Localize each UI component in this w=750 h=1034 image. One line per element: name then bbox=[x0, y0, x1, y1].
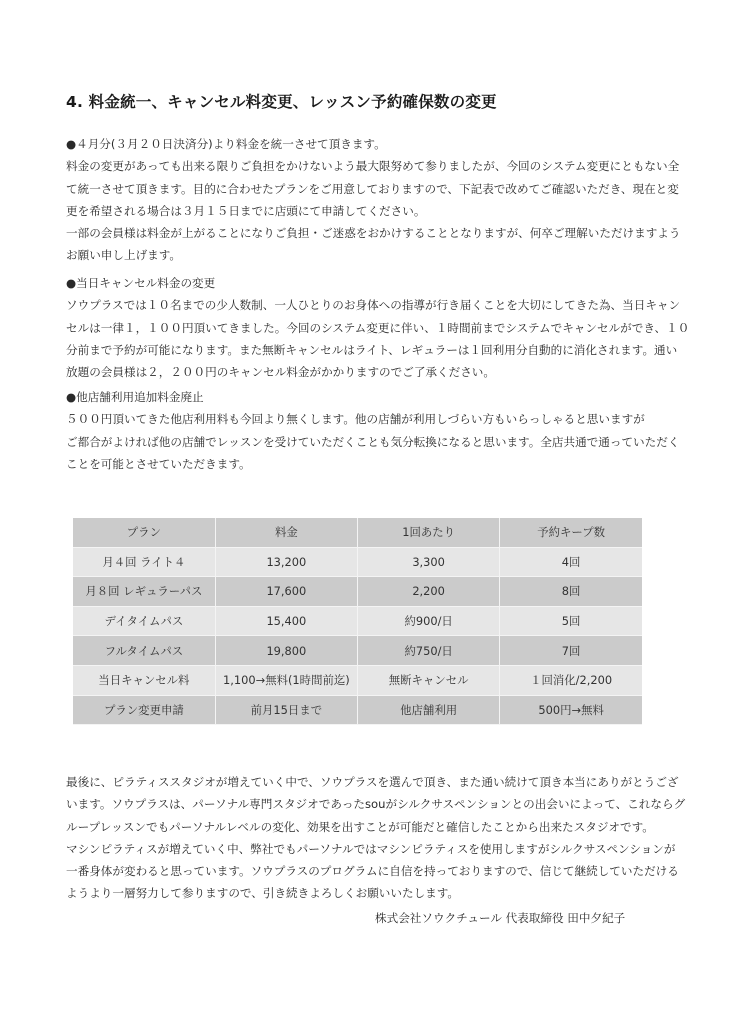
paragraph-line: セルは一律１，１００円頂いてきました。今回のシステム変更に伴い、１時間前までシス… bbox=[66, 317, 696, 339]
table-cell: 当日キャンセル料 bbox=[73, 665, 215, 695]
plan-table: プラン 料金 1回あたり 予約キープ数 月４回 ライト４ 13,200 3,30… bbox=[73, 518, 642, 725]
table-cell: 無断キャンセル bbox=[358, 665, 500, 695]
table-cell: １回消化/2,200 bbox=[500, 665, 642, 695]
table-cell: 500円→無料 bbox=[500, 695, 642, 725]
section-title: ●４月分(３月２０日決済分)より料金を統一させて頂きます。 bbox=[66, 133, 696, 155]
table-cell: 7回 bbox=[500, 636, 642, 666]
section-other-store-fee: ●他店舗利用追加料金廃止 ５００円頂いてきた他店利用料も今回より無くします。他の… bbox=[66, 386, 696, 475]
header-cell: 予約キープ数 bbox=[500, 518, 642, 547]
paragraph-line: 更を希望される場合は３月１５日までに店頭にて申請してください。 bbox=[66, 200, 696, 222]
paragraph-line: 最後に、ピラティススタジオが増えていく中で、ソウプラスを選んで頂き、また通い続け… bbox=[66, 771, 696, 793]
document-page: 4. 料金統一、キャンセル料変更、レッスン予約確保数の変更 ●４月分(３月２０日… bbox=[0, 0, 750, 1034]
paragraph-line: ループレッスンでもパーソナルレベルの変化、効果を出すことが可能だと確信したことか… bbox=[66, 816, 696, 838]
paragraph-line: ようより一層努力して参りますので、引き続きよろしくお願いいたします。 bbox=[66, 882, 696, 904]
table-cell: 2,200 bbox=[358, 577, 500, 607]
paragraph-line: 料金の変更があっても出来る限りご負担をかけないよう最大限努めて参りましたが、今回… bbox=[66, 155, 696, 177]
table-cell: 19,800 bbox=[215, 636, 357, 666]
table-cell: 約900/日 bbox=[358, 606, 500, 636]
table-header-row: プラン 料金 1回あたり 予約キープ数 bbox=[73, 518, 642, 547]
table-cell: 前月15日まで bbox=[215, 695, 357, 725]
section-title: ●他店舗利用追加料金廃止 bbox=[66, 386, 696, 408]
header-cell: 1回あたり bbox=[358, 518, 500, 547]
table-row: フルタイムパス 19,800 約750/日 7回 bbox=[73, 636, 642, 666]
signature: 株式会社ソウクチュール 代表取締役 田中夕紀子 bbox=[375, 910, 625, 926]
table-row: 月８回 レギュラーパス 17,600 2,200 8回 bbox=[73, 577, 642, 607]
paragraph-line: ５００円頂いてきた他店利用料も今回より無くします。他の店舗が利用しづらい方もいら… bbox=[66, 408, 696, 430]
paragraph-line: お願い申し上げます。 bbox=[66, 244, 696, 266]
table-cell: 他店舗利用 bbox=[358, 695, 500, 725]
paragraph-line: ことを可能とさせていただきます。 bbox=[66, 453, 696, 475]
section-price-unification: ●４月分(３月２０日決済分)より料金を統一させて頂きます。 料金の変更があっても… bbox=[66, 133, 696, 267]
table-cell: 3,300 bbox=[358, 547, 500, 577]
paragraph-line: います。ソウプラスは、パーソナル専門スタジオであったsouがシルクサスペンション… bbox=[66, 793, 696, 815]
table-row: プラン変更申請 前月15日まで 他店舗利用 500円→無料 bbox=[73, 695, 642, 725]
table-row: 月４回 ライト４ 13,200 3,300 4回 bbox=[73, 547, 642, 577]
table-cell: 月８回 レギュラーパス bbox=[73, 577, 215, 607]
paragraph-line: 一部の会員様は料金が上がることになりご負担・ご迷惑をおかけすることとなりますが、… bbox=[66, 222, 696, 244]
table-cell: デイタイムパス bbox=[73, 606, 215, 636]
table-row: 当日キャンセル料 1,100→無料(1時間前迄) 無断キャンセル １回消化/2,… bbox=[73, 665, 642, 695]
closing-message: 最後に、ピラティススタジオが増えていく中で、ソウプラスを選んで頂き、また通い続け… bbox=[66, 771, 696, 905]
table-cell: 15,400 bbox=[215, 606, 357, 636]
table-cell: フルタイムパス bbox=[73, 636, 215, 666]
table-cell: 月４回 ライト４ bbox=[73, 547, 215, 577]
table-cell: 1,100→無料(1時間前迄) bbox=[215, 665, 357, 695]
paragraph-line: て統一させて頂きます。目的に合わせたプランをご用意しておりますので、下記表で改め… bbox=[66, 178, 696, 200]
table-cell: 4回 bbox=[500, 547, 642, 577]
table-cell: 5回 bbox=[500, 606, 642, 636]
header-cell: プラン bbox=[73, 518, 215, 547]
paragraph-line: ソウプラスでは１０名までの少人数制、一人ひとりのお身体への指導が行き届くことを大… bbox=[66, 294, 696, 316]
table-row: デイタイムパス 15,400 約900/日 5回 bbox=[73, 606, 642, 636]
paragraph-line: マシンピラティスが増えていく中、弊社でもパーソナルではマシンピラティスを使用しま… bbox=[66, 838, 696, 860]
paragraph-line: ご都合がよければ他の店舗でレッスンを受けていただくことも気分転換になると思います… bbox=[66, 431, 696, 453]
paragraph-line: 放題の会員様は２，２００円のキャンセル料金がかかりますのでご了承ください。 bbox=[66, 361, 696, 383]
paragraph-line: 一番身体が変わると思っています。ソウプラスのプログラムに自信を持っておりますので… bbox=[66, 860, 696, 882]
paragraph-line: 分前まで予約が可能になります。また無断キャンセルはライト、レギュラーは１回利用分… bbox=[66, 339, 696, 361]
section-cancel-fee: ●当日キャンセル料金の変更 ソウプラスでは１０名までの少人数制、一人ひとりのお身… bbox=[66, 272, 696, 383]
table-cell: プラン変更申請 bbox=[73, 695, 215, 725]
section-title: ●当日キャンセル料金の変更 bbox=[66, 272, 696, 294]
table-cell: 13,200 bbox=[215, 547, 357, 577]
header-cell: 料金 bbox=[215, 518, 357, 547]
table-cell: 8回 bbox=[500, 577, 642, 607]
table-cell: 約750/日 bbox=[358, 636, 500, 666]
section-heading: 4. 料金統一、キャンセル料変更、レッスン予約確保数の変更 bbox=[66, 90, 497, 112]
table-cell: 17,600 bbox=[215, 577, 357, 607]
